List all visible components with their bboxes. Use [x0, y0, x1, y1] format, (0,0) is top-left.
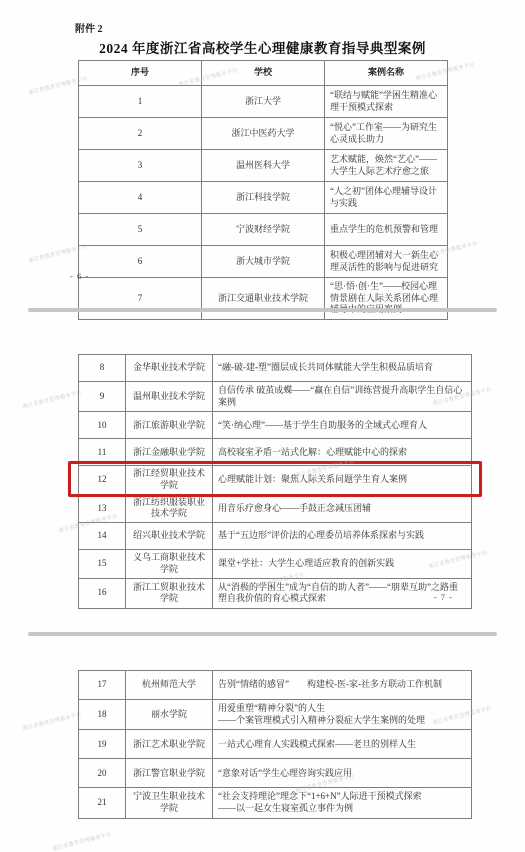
case-cell: 艺术赋能，焕然“艺心”——大学生人际艺术疗愈之旅: [325, 150, 448, 182]
scan-watermark: 浙江省教育管理服务平台: [22, 711, 82, 732]
table-row: 17杭州师范大学告别“情绪的感冒” 构建校-医-家-社多方联动工作机制: [79, 671, 472, 700]
no-cell: 8: [79, 355, 126, 382]
no-cell: 11: [79, 439, 126, 466]
table-row: 15义乌工商职业技术学院课堂+学社：大学生心理适应教育的创新实践: [79, 550, 472, 578]
table-row: 4浙江科技学院“人之初”团体心理辅导设计与实践: [79, 182, 448, 214]
case-cell: “笑·纳心理”——基于学生自助服务的全域式心理育人: [213, 412, 472, 439]
case-cell: 一站式心理育人实践模式探索——老旦的别样人生: [213, 730, 472, 759]
cases-table-page-6: 序号学校案例名称1浙江大学“联结与赋能”学困生精准心理干预模式探索2浙江中医药大…: [78, 60, 448, 320]
school-cell: 浙江金融职业学院: [126, 439, 213, 466]
case-cell: “悦心”工作室——为研究生心灵成长助力: [325, 118, 448, 150]
table-row: 14绍兴职业技术学院基于“五边形”评价法的心理委员培养体系探索与实践: [79, 523, 472, 550]
no-cell: 6: [79, 246, 202, 278]
cases-table-page-8: 17杭州师范大学告别“情绪的感冒” 构建校-医-家-社多方联动工作机制18丽水学…: [78, 670, 472, 819]
school-cell: 浙江交通职业技术学院: [202, 278, 325, 320]
no-cell: 5: [79, 214, 202, 246]
school-cell: 温州职业技术学院: [126, 382, 213, 412]
case-cell: 用音乐疗愈身心——手鼓正念减压团辅: [213, 494, 472, 522]
table-row: 5宁波财经学院重点学生的危机预警和管理: [79, 214, 448, 246]
no-cell: 3: [79, 150, 202, 182]
no-cell: 10: [79, 412, 126, 439]
table-row: 3温州医科大学艺术赋能，焕然“艺心”——大学生人际艺术疗愈之旅: [79, 150, 448, 182]
page-separator: [28, 632, 497, 636]
table-row: 20浙江警官职业学院“意象对话”学生心理咨询实践应用: [79, 759, 472, 788]
case-cell: 从“消极的学困生”成为“自信的助人者”——“朋辈互助”之路重塑自我价值的育心模式…: [213, 578, 472, 608]
no-cell: 1: [79, 86, 202, 118]
school-cell: 宁波财经学院: [202, 214, 325, 246]
case-cell: 基于“五边形”评价法的心理委员培养体系探索与实践: [213, 523, 472, 550]
school-cell: 浙江大学: [202, 86, 325, 118]
case-cell: “联结与赋能”学困生精准心理干预模式探索: [325, 86, 448, 118]
school-cell: 浙江工贸职业技术学院: [126, 578, 213, 608]
page-title: 2024 年度浙江省高校学生心理健康教育指导典型案例: [0, 37, 525, 57]
table-row: 12浙江经贸职业技术学院心理赋能计划：聚焦人际关系问题学生育人案例: [79, 466, 472, 494]
case-cell: 告别“情绪的感冒” 构建校-医-家-社多方联动工作机制: [213, 671, 472, 700]
no-cell: 20: [79, 759, 126, 788]
no-cell: 7: [79, 278, 202, 320]
case-cell: “意象对话”学生心理咨询实践应用: [213, 759, 472, 788]
school-cell: 金华职业技术学院: [126, 355, 213, 382]
page-number-6: - 6 -: [70, 271, 89, 281]
school-cell: 浙江中医药大学: [202, 118, 325, 150]
no-cell: 18: [79, 700, 126, 730]
table-row: 6浙大城市学院积极心理团辅对大一新生心理灵活性的影响与促进研究: [79, 246, 448, 278]
case-cell: 重点学生的危机预警和管理: [325, 214, 448, 246]
no-cell: 17: [79, 671, 126, 700]
no-cell: 15: [79, 550, 126, 578]
document-viewport: 附件 2 2024 年度浙江省高校学生心理健康教育指导典型案例 序号学校案例名称…: [0, 0, 525, 852]
case-cell: 积极心理团辅对大一新生心理灵活性的影响与促进研究: [325, 246, 448, 278]
case-cell: 心理赋能计划：聚焦人际关系问题学生育人案例: [213, 466, 472, 494]
no-cell: 19: [79, 730, 126, 759]
case-cell: “融-破-建-塑”圈层成长共同体赋能大学生积极品质培育: [213, 355, 472, 382]
no-cell: 2: [79, 118, 202, 150]
case-cell: 自信传承 破茧成蝶——“赢在自信”训练营提升高职学生自信心案例: [213, 382, 472, 412]
no-cell: 9: [79, 382, 126, 412]
table-row: 7浙江交通职业技术学院“思·悟·创·生”——校园心理情景剧在人际关系团体心理辅导…: [79, 278, 448, 320]
no-cell: 12: [79, 466, 126, 494]
attachment-label: 附件 2: [75, 20, 103, 35]
school-cell: 丽水学院: [126, 700, 213, 730]
table-row: 8金华职业技术学院“融-破-建-塑”圈层成长共同体赋能大学生积极品质培育: [79, 355, 472, 382]
page-separator: [28, 308, 497, 312]
table-row: 9温州职业技术学院自信传承 破茧成蝶——“赢在自信”训练营提升高职学生自信心案例: [79, 382, 472, 412]
school-cell: 浙江经贸职业技术学院: [126, 466, 213, 494]
scan-watermark: 浙江省教育管理服务平台: [22, 389, 82, 410]
table-row: 10浙江旅游职业学院“笑·纳心理”——基于学生自助服务的全域式心理育人: [79, 412, 472, 439]
table-row: 11浙江金融职业学院高校寝室矛盾一站式化解：心理赋能中心的探索: [79, 439, 472, 466]
school-cell: 浙大城市学院: [202, 246, 325, 278]
school-cell: 杭州师范大学: [126, 671, 213, 700]
no-cell: 21: [79, 788, 126, 818]
table-row: 18丽水学院用爱重塑“精神分裂”的人生 ——个案管理模式引入精神分裂症大学生案例…: [79, 700, 472, 730]
case-cell: “思·悟·创·生”——校园心理情景剧在人际关系团体心理辅导中的应用案例: [325, 278, 448, 320]
table-row: 2浙江中医药大学“悦心”工作室——为研究生心灵成长助力: [79, 118, 448, 150]
page-number-7: - 7 -: [434, 592, 453, 602]
table-row: 21宁波卫生职业技术学院“社会支持理论”理念下“1+6+N”人际进干预模式探索 …: [79, 788, 472, 818]
scan-watermark: 浙江省教育管理服务平台: [52, 831, 112, 852]
case-cell: “社会支持理论”理念下“1+6+N”人际进干预模式探索 ——以一起女生寝室孤立事…: [213, 788, 472, 818]
school-cell: 义乌工商职业技术学院: [126, 550, 213, 578]
no-cell: 16: [79, 578, 126, 608]
school-cell: 浙江旅游职业学院: [126, 412, 213, 439]
no-cell: 4: [79, 182, 202, 214]
cases-table-page-7: 8金华职业技术学院“融-破-建-塑”圈层成长共同体赋能大学生积极品质培育9温州职…: [78, 354, 472, 609]
table-row: 19浙江艺术职业学院一站式心理育人实践模式探索——老旦的别样人生: [79, 730, 472, 759]
school-cell: 宁波卫生职业技术学院: [126, 788, 213, 818]
school-cell: 浙江警官职业学院: [126, 759, 213, 788]
table-row: 13浙江纺织服装职业技术学院用音乐疗愈身心——手鼓正念减压团辅: [79, 494, 472, 522]
school-cell: 绍兴职业技术学院: [126, 523, 213, 550]
school-cell: 浙江纺织服装职业技术学院: [126, 494, 213, 522]
school-cell: 浙江艺术职业学院: [126, 730, 213, 759]
school-cell: 温州医科大学: [202, 150, 325, 182]
table-row: 1浙江大学“联结与赋能”学困生精准心理干预模式探索: [79, 86, 448, 118]
case-cell: “人之初”团体心理辅导设计与实践: [325, 182, 448, 214]
school-cell: 浙江科技学院: [202, 182, 325, 214]
